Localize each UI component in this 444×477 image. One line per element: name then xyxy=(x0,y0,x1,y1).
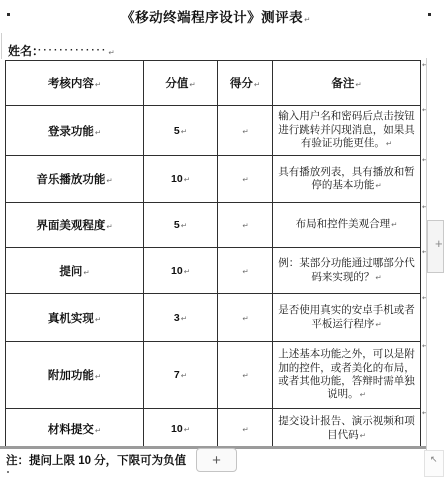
table-row: 登录功能↵ 5↵ ↵ 输入用户名和密码后点击按钮进行跳转并闪现消息，如果具有验证… xyxy=(6,106,421,156)
table-row: 音乐播放功能↵ 10↵ ↵ 具有播放列表，具有播放和暂停的基本功能↵ xyxy=(6,156,421,203)
cell-mark-icon: ↵ xyxy=(95,128,101,137)
cell-mark-icon: ↵ xyxy=(242,371,248,380)
cell-score: 7↵ xyxy=(144,342,218,409)
cell-earned[interactable]: ↵ xyxy=(218,106,273,156)
table-row: 提问↵ 10↵ ↵ 例：某部分功能通过哪部分代码来实现的？↵ xyxy=(6,248,421,294)
name-fill-in-dots[interactable]: ············· xyxy=(38,45,107,56)
cell-content: 真机实现↵ xyxy=(6,294,144,342)
cell-score: 3↵ xyxy=(144,294,218,342)
cell-mark-icon: ↵ xyxy=(181,314,187,323)
cell-mark-icon: ↵ xyxy=(375,181,381,190)
evaluation-table: 考核内容↵ 分值↵ 得分↵ 备注↵ 登录功能↵ 5↵ ↵ 输入用户名和密码后点击… xyxy=(5,60,421,449)
paragraph-mark-dot xyxy=(7,471,9,473)
cell-score: 5↵ xyxy=(144,203,218,248)
plus-icon: + xyxy=(212,452,221,469)
header-cell-earned: 得分↵ xyxy=(218,61,273,106)
cell-earned[interactable]: ↵ xyxy=(218,203,273,248)
cell-mark-icon: ↵ xyxy=(242,425,248,434)
table-row: 界面美观程度↵ 5↵ ↵ 布局和控件美观合理↵ xyxy=(6,203,421,248)
page-title-text: 《移动终端程序设计》测评表 xyxy=(121,10,303,25)
insert-plus-icon[interactable]: + xyxy=(435,236,443,251)
cell-content: 材料提交↵ xyxy=(6,409,144,449)
cell-mark-icon: ↵ xyxy=(254,80,260,89)
cell-mark-icon: ↵ xyxy=(242,314,248,323)
cell-mark-icon: ↵ xyxy=(242,127,248,136)
cell-earned[interactable]: ↵ xyxy=(218,294,273,342)
header-cell-content: 考核内容↵ xyxy=(6,61,144,106)
cell-remark: 布局和控件美观合理↵ xyxy=(273,203,421,248)
cell-remark: 上述基本功能之外，可以是附加的控件，或者美化的布局，或者其他功能，答辩时需单独说… xyxy=(273,342,421,409)
name-label: 姓名： xyxy=(8,44,38,58)
cell-mark-icon: ↵ xyxy=(181,127,187,136)
cell-mark-icon: ↵ xyxy=(184,175,190,184)
cell-score: 5↵ xyxy=(144,106,218,156)
paragraph-mark-icon: ↵ xyxy=(304,15,311,24)
cell-earned[interactable]: ↵ xyxy=(218,156,273,203)
cell-content: 登录功能↵ xyxy=(6,106,144,156)
cell-remark: 具有播放列表，具有播放和暂停的基本功能↵ xyxy=(273,156,421,203)
cell-mark-icon: ↵ xyxy=(83,268,89,277)
cell-mark-icon: ↵ xyxy=(360,431,366,440)
table-header-row: 考核内容↵ 分值↵ 得分↵ 备注↵ xyxy=(6,61,421,106)
cell-mark-icon: ↵ xyxy=(184,425,190,434)
cell-mark-icon: ↵ xyxy=(95,426,101,435)
footer-note: 注：提问上限 10 分，下限可为负值 xyxy=(6,452,186,468)
scrollbar-corner: ↖ xyxy=(424,450,444,477)
name-line: 姓名：·············↵ xyxy=(8,42,115,59)
cell-mark-icon: ↵ xyxy=(95,80,101,89)
cell-mark-icon: ↵ xyxy=(360,390,366,399)
cell-score: 10↵ xyxy=(144,409,218,449)
cell-remark: 例：某部分功能通过哪部分代码来实现的？↵ xyxy=(273,248,421,294)
cell-mark-icon: ↵ xyxy=(386,139,392,148)
cell-score: 10↵ xyxy=(144,248,218,294)
cell-mark-icon: ↵ xyxy=(95,372,101,381)
cell-remark: 提交设计报告、演示视频和项目代码↵ xyxy=(273,409,421,449)
cell-mark-icon: ↵ xyxy=(242,267,248,276)
cell-mark-icon: ↵ xyxy=(181,221,187,230)
cell-mark-icon: ↵ xyxy=(181,371,187,380)
cell-content: 提问↵ xyxy=(6,248,144,294)
cell-mark-icon: ↵ xyxy=(106,222,112,231)
cell-mark-icon: ↵ xyxy=(189,80,195,89)
page-title: 《移动终端程序设计》测评表↵ xyxy=(0,6,432,26)
cell-score: 10↵ xyxy=(144,156,218,203)
cell-earned[interactable]: ↵ xyxy=(218,342,273,409)
add-button[interactable]: + xyxy=(196,448,237,472)
cell-mark-icon: ↵ xyxy=(242,221,248,230)
cell-mark-icon: ↵ xyxy=(375,320,381,329)
cell-content: 音乐播放功能↵ xyxy=(6,156,144,203)
cell-mark-icon: ↵ xyxy=(242,175,248,184)
cell-mark-icon: ↵ xyxy=(106,176,112,185)
cell-mark-icon: ↵ xyxy=(95,315,101,324)
cell-mark-icon: ↵ xyxy=(375,273,381,282)
table-row: 真机实现↵ 3↵ ↵ 是否使用真实的安卓手机或者平板运行程序↵ xyxy=(6,294,421,342)
header-cell-score: 分值↵ xyxy=(144,61,218,106)
cell-earned[interactable]: ↵ xyxy=(218,248,273,294)
table-row: 附加功能↵ 7↵ ↵ 上述基本功能之外，可以是附加的控件，或者美化的布局，或者其… xyxy=(6,342,421,409)
header-cell-remark: 备注↵ xyxy=(273,61,421,106)
cell-remark: 是否使用真实的安卓手机或者平板运行程序↵ xyxy=(273,294,421,342)
cell-mark-icon: ↵ xyxy=(184,267,190,276)
cell-mark-icon: ↵ xyxy=(355,80,361,89)
cell-remark: 输入用户名和密码后点击按钮进行跳转并闪现消息，如果具有验证功能更佳。↵ xyxy=(273,106,421,156)
page-margin-line xyxy=(1,33,2,59)
paragraph-mark-icon: ↵ xyxy=(108,48,114,57)
table-row: 材料提交↵ 10↵ ↵ 提交设计报告、演示视频和项目代码↵ xyxy=(6,409,421,449)
cell-earned[interactable]: ↵ xyxy=(218,409,273,449)
mouse-cursor-icon: ↖ xyxy=(430,454,438,465)
cell-content: 附加功能↵ xyxy=(6,342,144,409)
cell-mark-icon: ↵ xyxy=(391,220,397,229)
cell-content: 界面美观程度↵ xyxy=(6,203,144,248)
document-page: 《移动终端程序设计》测评表↵ 姓名：·············↵ 考核内容↵ 分… xyxy=(0,0,444,477)
